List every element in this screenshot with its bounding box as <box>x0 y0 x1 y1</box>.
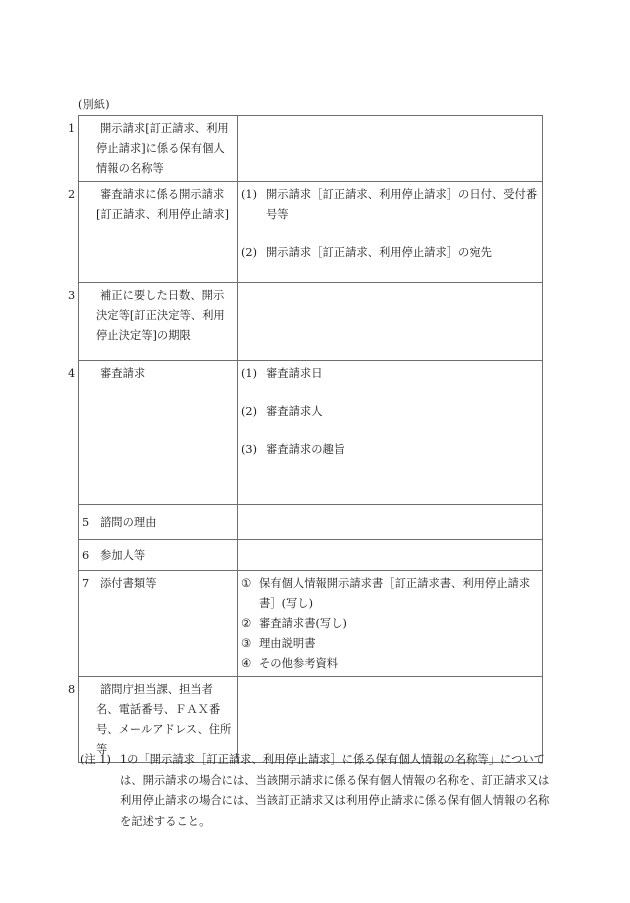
item-number: (1) <box>241 364 266 384</box>
table-row: 5諮問の理由 <box>79 505 543 540</box>
list-item: ②審査請求書(写し) <box>241 614 540 634</box>
item-number: ② <box>241 614 259 634</box>
item-number: (2) <box>241 243 266 263</box>
item-text: 審査請求人 <box>266 405 323 418</box>
row-label: 7添付書類等 <box>79 571 238 677</box>
row-number: 8 <box>82 680 100 700</box>
row-content: (1)審査請求日 (2)審査請求人 (3)審査請求の趣旨 <box>238 361 543 505</box>
list-item: ①保有個人情報開示請求書［訂正請求書、利用停止請求書］(写し) <box>241 574 540 614</box>
item-number: (1) <box>241 185 266 205</box>
item-text: その他参考資料 <box>259 657 338 670</box>
list-item: (1)開示請求［訂正請求、利用停止請求］の日付、受付番号等 <box>241 185 540 225</box>
row-content <box>238 505 543 540</box>
row-label-text: 審査請求に係る開示請求[訂正請求、利用停止請求] <box>96 188 229 221</box>
consultation-form-table: 1開示請求[訂正請求、利用停止請求]に係る保有個人情報の名称等 2審査請求に係る… <box>78 115 543 763</box>
row-content <box>238 283 543 361</box>
item-number: ① <box>241 574 259 594</box>
item-text: 審査請求書(写し) <box>259 617 347 630</box>
row-number: 1 <box>82 119 100 139</box>
row-number: 2 <box>82 185 100 205</box>
list-item: (1)審査請求日 <box>241 364 540 384</box>
item-text: 理由説明書 <box>259 637 316 650</box>
row-label: 2審査請求に係る開示請求[訂正請求、利用停止請求] <box>79 182 238 283</box>
footnote: (注 1)1の「開示請求［訂正請求、利用停止請求］に係る保有個人情報の名称等」に… <box>80 750 550 832</box>
item-text: 開示請求［訂正請求、利用停止請求］の宛先 <box>266 246 492 259</box>
row-label-text: 審査請求 <box>100 367 145 380</box>
row-label: 5諮問の理由 <box>79 505 238 540</box>
row-content <box>238 116 543 182</box>
list-item: ③理由説明書 <box>241 634 540 654</box>
item-text: 保有個人情報開示請求書［訂正請求書、利用停止請求書］(写し) <box>259 577 530 610</box>
list-item: ④その他参考資料 <box>241 654 540 674</box>
row-content: (1)開示請求［訂正請求、利用停止請求］の日付、受付番号等 (2)開示請求［訂正… <box>238 182 543 283</box>
table-row: 6参加人等 <box>79 540 543 571</box>
footnote-text: 1の「開示請求［訂正請求、利用停止請求］に係る保有個人情報の名称等」については、… <box>120 753 549 828</box>
list-item: (2)審査請求人 <box>241 402 540 422</box>
row-content <box>238 540 543 571</box>
row-number: 5 <box>82 513 100 533</box>
table-row: 7添付書類等 ①保有個人情報開示請求書［訂正請求書、利用停止請求書］(写し) ②… <box>79 571 543 677</box>
item-number: (3) <box>241 440 266 460</box>
item-number: ③ <box>241 634 259 654</box>
item-text: 開示請求［訂正請求、利用停止請求］の日付、受付番号等 <box>266 188 537 221</box>
table-row: 1開示請求[訂正請求、利用停止請求]に係る保有個人情報の名称等 <box>79 116 543 182</box>
list-item: (2)開示請求［訂正請求、利用停止請求］の宛先 <box>241 243 540 263</box>
list-item: (3)審査請求の趣旨 <box>241 440 540 460</box>
row-label-text: 補正に要した日数、開示決定等[訂正決定等、利用停止決定等]の期限 <box>96 289 225 342</box>
table-row: 4審査請求 (1)審査請求日 (2)審査請求人 (3)審査請求の趣旨 <box>79 361 543 505</box>
row-number: 3 <box>82 286 100 306</box>
row-label-text: 参加人等 <box>100 549 145 562</box>
table-row: 2審査請求に係る開示請求[訂正請求、利用停止請求] (1)開示請求［訂正請求、利… <box>79 182 543 283</box>
row-content: ①保有個人情報開示請求書［訂正請求書、利用停止請求書］(写し) ②審査請求書(写… <box>238 571 543 677</box>
attachment-label: (別紙) <box>78 96 110 112</box>
item-text: 審査請求の趣旨 <box>266 443 345 456</box>
row-label: 6参加人等 <box>79 540 238 571</box>
row-label: 1開示請求[訂正請求、利用停止請求]に係る保有個人情報の名称等 <box>79 116 238 182</box>
row-number: 7 <box>82 574 100 594</box>
row-label: 3補正に要した日数、開示決定等[訂正決定等、利用停止決定等]の期限 <box>79 283 238 361</box>
row-label-text: 諮問庁担当課、担当者名、電話番号、ＦＡＸ番号、メールアドレス、住所等 <box>96 683 231 756</box>
item-number: ④ <box>241 654 259 674</box>
row-number: 6 <box>82 546 100 566</box>
row-label-text: 諮問の理由 <box>100 516 157 529</box>
row-label-text: 添付書類等 <box>100 577 157 590</box>
table-row: 3補正に要した日数、開示決定等[訂正決定等、利用停止決定等]の期限 <box>79 283 543 361</box>
row-label-text: 開示請求[訂正請求、利用停止請求]に係る保有個人情報の名称等 <box>96 122 229 175</box>
footnote-label: (注 1) <box>80 750 120 771</box>
item-number: (2) <box>241 402 266 422</box>
row-number: 4 <box>82 364 100 384</box>
item-text: 審査請求日 <box>266 367 323 380</box>
row-label: 4審査請求 <box>79 361 238 505</box>
